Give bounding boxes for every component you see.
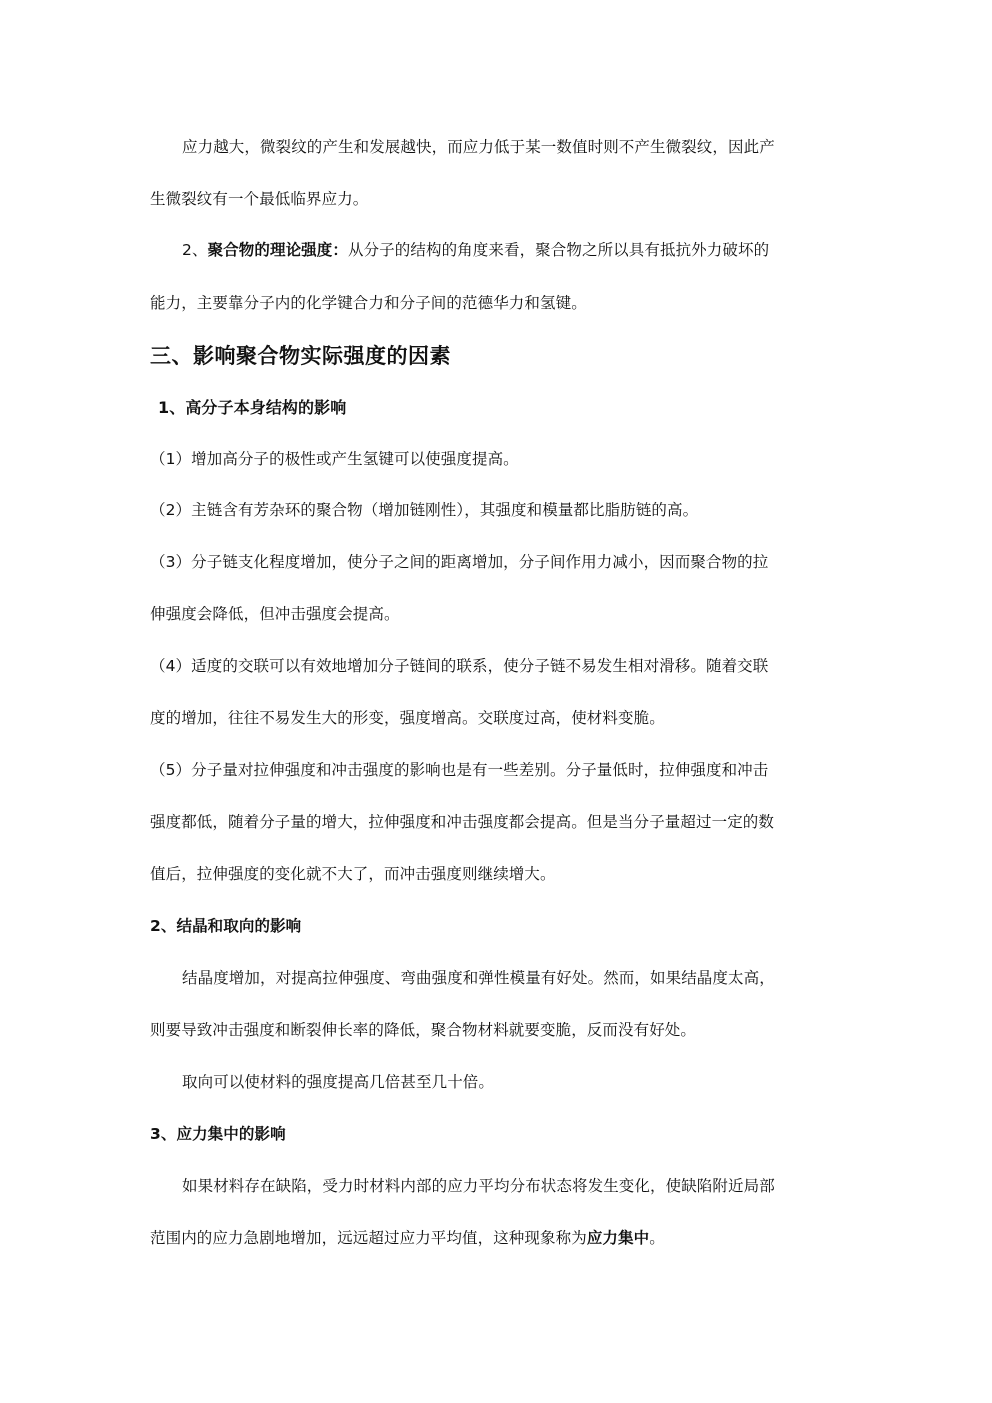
list-item: （4）适度的交联可以有效地增加分子链间的联系，使分子链不易发生相对滑移。随着交联 bbox=[150, 656, 768, 676]
list-item-continuation: 伸强度会降低，但冲击强度会提高。 bbox=[150, 604, 400, 624]
section-heading: 三、影响聚合物实际强度的因素 bbox=[150, 342, 451, 370]
list-item: （1）增加高分子的极性或产生氢键可以使强度提高。 bbox=[150, 449, 519, 469]
subsection-heading: 2、结晶和取向的影响 bbox=[150, 916, 301, 936]
punctuation: 。 bbox=[649, 1229, 665, 1247]
subsection-heading: 1、高分子本身结构的影响 bbox=[158, 398, 346, 418]
paragraph-line: 取向可以使材料的强度提高几倍甚至几十倍。 bbox=[182, 1072, 494, 1092]
list-item-continuation: 度的增加，往往不易发生大的形变，强度增高。交联度过高，使材料变脆。 bbox=[150, 708, 665, 728]
bold-term: 聚合物的理论强度： bbox=[208, 241, 348, 259]
subsection-heading: 3、应力集中的影响 bbox=[150, 1124, 286, 1144]
list-item: （2）主链含有芳杂环的聚合物（增加链刚性），其强度和模量都比脂肪链的高。 bbox=[150, 500, 698, 520]
bold-term: 应力集中 bbox=[587, 1229, 649, 1247]
paragraph-line: 结晶度增加，对提高拉伸强度、弯曲强度和弹性模量有好处。然而，如果结晶度太高， bbox=[182, 968, 775, 988]
paragraph-line: 范围内的应力急剧地增加，远远超过应力平均值，这种现象称为应力集中。 bbox=[150, 1228, 665, 1248]
paragraph-line: 能力，主要靠分子内的化学键合力和分子间的范德华力和氢键。 bbox=[150, 293, 587, 313]
list-item-continuation: 强度都低，随着分子量的增大，拉伸强度和冲击强度都会提高。但是当分子量超过一定的数 bbox=[150, 812, 774, 832]
paragraph-line: 生微裂纹有一个最低临界应力。 bbox=[150, 189, 368, 209]
paragraph-text: 范围内的应力急剧地增加，远远超过应力平均值，这种现象称为 bbox=[150, 1229, 587, 1247]
list-item: （3）分子链支化程度增加，使分子之间的距离增加，分子间作用力减小，因而聚合物的拉 bbox=[150, 552, 768, 572]
paragraph-line: 2、聚合物的理论强度：从分子的结构的角度来看，聚合物之所以具有抵抗外力破坏的 bbox=[182, 240, 769, 260]
paragraph-line: 则要导致冲击强度和断裂伸长率的降低，聚合物材料就要变脆，反而没有好处。 bbox=[150, 1020, 696, 1040]
paragraph-text: 从分子的结构的角度来看，聚合物之所以具有抵抗外力破坏的 bbox=[348, 241, 769, 259]
list-item-continuation: 值后，拉伸强度的变化就不大了，而冲击强度则继续增大。 bbox=[150, 864, 556, 884]
paragraph-line: 如果材料存在缺陷，受力时材料内部的应力平均分布状态将发生变化，使缺陷附近局部 bbox=[182, 1176, 775, 1196]
paragraph-line: 应力越大，微裂纹的产生和发展越快，而应力低于某一数值时则不产生微裂纹，因此产 bbox=[182, 137, 775, 157]
list-item: （5）分子量对拉伸强度和冲击强度的影响也是有一些差别。分子量低时，拉伸强度和冲击 bbox=[150, 760, 768, 780]
item-number: 2、 bbox=[182, 241, 208, 259]
